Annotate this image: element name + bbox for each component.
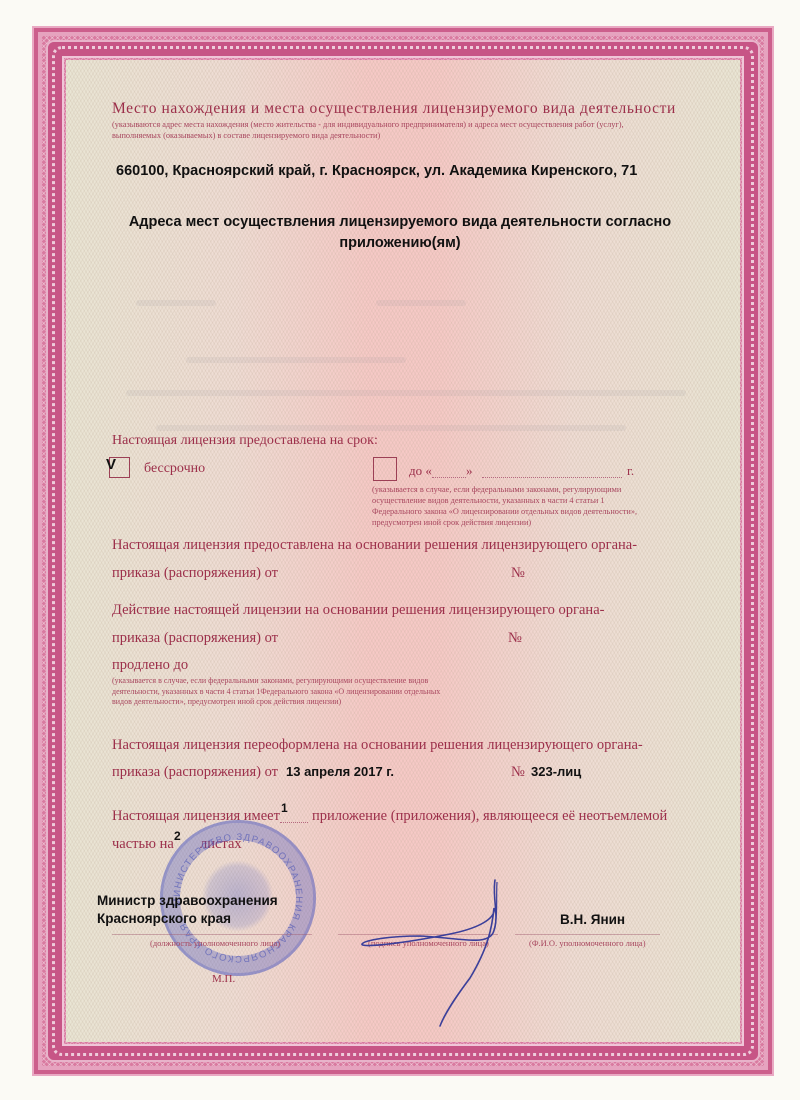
grant-basis-number-label: №: [511, 565, 525, 582]
name-line: [515, 934, 660, 935]
until-year-suffix: г.: [627, 463, 634, 479]
until-month-year-field[interactable]: [482, 477, 622, 478]
extension-number-label: №: [508, 630, 522, 647]
until-hint: (указывается в случае, если федеральными…: [372, 484, 662, 528]
name-caption: (Ф.И.О. уполномоченного лица): [529, 938, 646, 949]
bleed-through: [376, 300, 466, 306]
places-note-line-2: приложению(ям): [0, 235, 800, 251]
signer-position-line-1: Министр здравоохранения: [97, 893, 278, 908]
term-label: Настоящая лицензия предоставлена на срок…: [112, 433, 378, 449]
extension-line-1: Действие настоящей лицензии на основании…: [112, 602, 604, 619]
hint-line: Федерального закона «О лицензировании от…: [372, 506, 662, 517]
position-line: [112, 934, 312, 935]
places-note-line-1: Адреса мест осуществления лицензируемого…: [0, 214, 800, 230]
appendix-count: 1: [281, 801, 288, 815]
until-day-field[interactable]: [432, 477, 466, 478]
hint-line: осуществление видов деятельности, указан…: [372, 495, 662, 506]
check-mark-icon: V: [106, 456, 116, 473]
handwritten-signature: [360, 878, 530, 1028]
location-heading: Место нахождения и места осуществления л…: [112, 100, 676, 118]
extension-line-2: приказа (распоряжения) от: [112, 630, 278, 647]
option-unlimited-label: бессрочно: [144, 461, 205, 477]
hint-line: (указывается в случае, если федеральными…: [372, 484, 662, 495]
position-caption: (должность уполномоченного лица): [150, 938, 280, 949]
appendix-line-1-suffix: приложение (приложения), являющееся её н…: [312, 808, 667, 825]
until-prefix: до «: [409, 463, 432, 479]
bleed-through: [136, 300, 216, 306]
bleed-through: [156, 425, 626, 431]
signer-position-line-2: Красноярского края: [97, 911, 231, 926]
signer-name: В.Н. Янин: [560, 912, 625, 927]
location-hint-1: (указываются адрес места нахождения (мес…: [112, 119, 624, 130]
reissue-number-label: №: [511, 764, 525, 781]
hint-line: (указывается в случае, если федеральными…: [112, 676, 440, 687]
bleed-through: [186, 357, 406, 363]
seal-label: М.П.: [212, 973, 235, 985]
until-quote-close: »: [466, 463, 473, 479]
hint-line: видов деятельности», предусмотрен иной с…: [112, 697, 440, 708]
reissue-line-2: приказа (распоряжения) от: [112, 764, 278, 781]
extension-extended-label: продлено до: [112, 657, 188, 674]
hint-line: предусмотрен иной срок действия лицензии…: [372, 517, 662, 528]
location-hint-2: выполняемых (оказываемых) в составе лице…: [112, 130, 380, 141]
reissue-date: 13 апреля 2017 г.: [286, 764, 394, 779]
checkbox-until-date[interactable]: [373, 457, 397, 481]
grant-basis-line-2: приказа (распоряжения) от: [112, 565, 278, 582]
reissue-number: 323-лиц: [531, 764, 581, 779]
extension-hint: (указывается в случае, если федеральными…: [112, 676, 440, 708]
license-address: 660100, Красноярский край, г. Красноярск…: [116, 163, 637, 179]
hint-line: деятельности, указанных в части 4 статьи…: [112, 687, 440, 698]
grant-basis-line-1: Настоящая лицензия предоставлена на осно…: [112, 537, 637, 554]
reissue-line-1: Настоящая лицензия переоформлена на осно…: [112, 737, 643, 754]
bleed-through: [126, 390, 686, 396]
